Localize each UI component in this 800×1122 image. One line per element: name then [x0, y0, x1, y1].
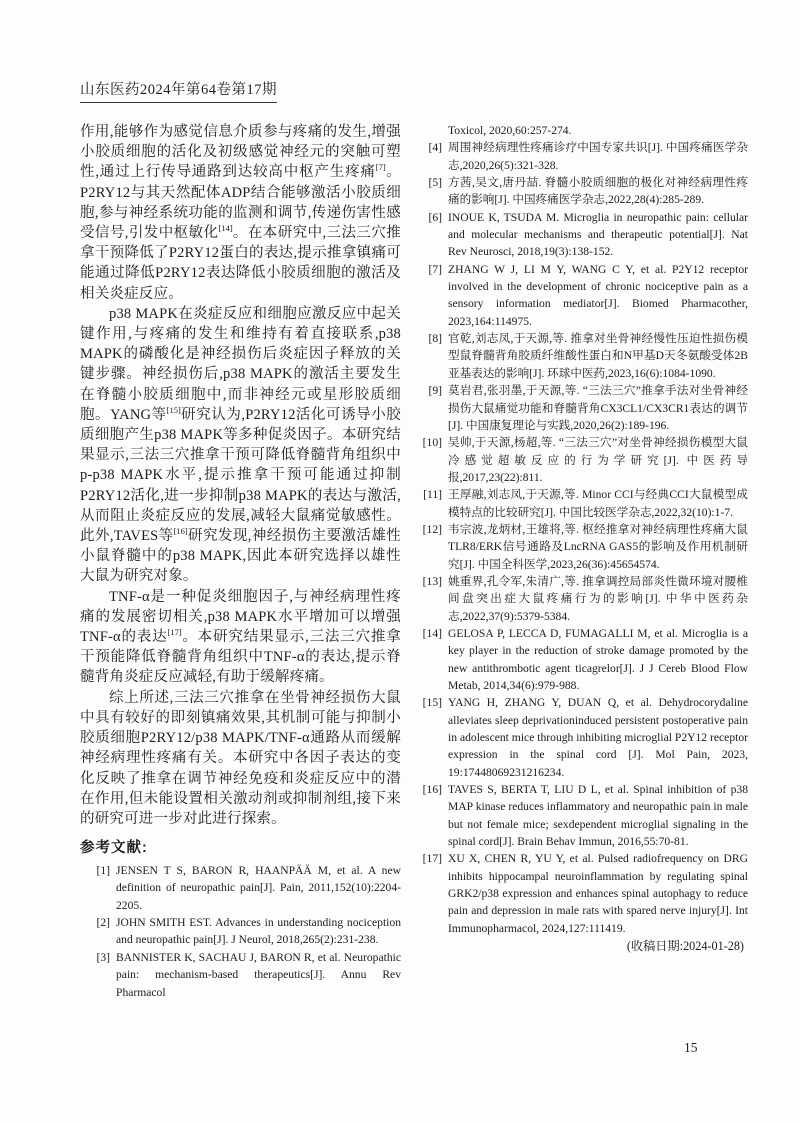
reference-item: [4]周围神经病理性疼痛诊疗中国专家共识[J]. 中国疼痛医学杂志,2020,2… — [419, 139, 748, 174]
citation-superscript: [17] — [168, 627, 182, 637]
body-paragraph: TNF-α是一种促炎细胞因子,与神经病理性疼痛的发展密切相关,p38 MAPK水… — [80, 587, 401, 688]
reference-item: [6]INOUE K, TSUDA M. Microglia in neurop… — [419, 209, 748, 261]
citation-superscript: [15] — [167, 405, 181, 415]
reference-item: [1]JENSEN T S, BARON R, HAANPÄÄ M, et al… — [87, 862, 401, 914]
reference-item: [17]XU X, CHEN R, YU Y, et al. Pulsed ra… — [419, 850, 748, 937]
reference-item: [7]ZHANG W J, LI M Y, WANG C Y, et al. P… — [419, 261, 748, 330]
journal-page: 山东医药2024年第64卷第17期 作用,能够作为感觉信息介质参与疼痛的发生,增… — [0, 0, 800, 1122]
receipt-date: (收稿日期:2024-01-28) — [419, 938, 748, 955]
reference-continuation: Toxicol, 2020,60:257-274. — [419, 122, 748, 139]
two-column-layout: 作用,能够作为感觉信息介质参与疼痛的发生,增强小胶质细胞的活化及初级感觉神经元的… — [80, 122, 748, 1001]
reference-number: [9] — [419, 382, 442, 434]
body-paragraphs: 作用,能够作为感觉信息介质参与疼痛的发生,增强小胶质细胞的活化及初级感觉神经元的… — [80, 122, 401, 829]
reference-number: [3] — [87, 949, 110, 1001]
reference-number: [17] — [419, 850, 442, 937]
reference-text: GELOSA P, LECCA D, FUMAGALLI M, et al. M… — [448, 625, 748, 694]
reference-number: [5] — [419, 174, 442, 209]
reference-number: [4] — [419, 139, 442, 174]
reference-text: 方茜,吴文,唐丹喆. 脊髓小胶质细胞的极化对神经病理性疼痛的影响[J]. 中国疼… — [448, 174, 748, 209]
reference-number: [13] — [419, 573, 442, 625]
reference-item: [2]JOHN SMITH EST. Advances in understan… — [87, 914, 401, 949]
citation-superscript: [7] — [376, 163, 386, 173]
reference-number: [15] — [419, 694, 442, 781]
reference-number: [8] — [419, 330, 442, 382]
page-number: 15 — [684, 1040, 698, 1056]
reference-text: ZHANG W J, LI M Y, WANG C Y, et al. P2Y1… — [448, 261, 748, 330]
reference-text: 吴帅,于天源,杨超,等. “三法三穴”对坐骨神经损伤模型大鼠冷感觉超敏反应的行为… — [448, 434, 748, 486]
reference-item: [8]官乾,刘志凤,于天源,等. 推拿对坐骨神经慢性压迫性损伤模型鼠脊髓背角胶质… — [419, 330, 748, 382]
reference-item: [5]方茜,吴文,唐丹喆. 脊髓小胶质细胞的极化对神经病理性疼痛的影响[J]. … — [419, 174, 748, 209]
body-paragraph: 综上所述,三法三穴推拿在坐骨神经损伤大鼠中具有较好的即刻镇痛效果,其机制可能与抑… — [80, 688, 401, 829]
reference-text: JENSEN T S, BARON R, HAANPÄÄ M, et al. A… — [116, 862, 401, 914]
reference-number: [11] — [419, 486, 442, 521]
citation-superscript: [16] — [174, 526, 188, 536]
reference-text: INOUE K, TSUDA M. Microglia in neuropath… — [448, 209, 748, 261]
reference-item: [16]TAVES S, BERTA T, LIU D L, et al. Sp… — [419, 781, 748, 850]
references-list-left: [1]JENSEN T S, BARON R, HAANPÄÄ M, et al… — [80, 862, 401, 1001]
reference-text: JOHN SMITH EST. Advances in understandin… — [116, 914, 401, 949]
journal-header: 山东医药2024年第64卷第17期 — [80, 78, 277, 103]
body-paragraph: p38 MAPK在炎症反应和细胞应激反应中起关键作用,与疼痛的发生和维持有着直接… — [80, 304, 401, 587]
reference-item: [10]吴帅,于天源,杨超,等. “三法三穴”对坐骨神经损伤模型大鼠冷感觉超敏反… — [419, 434, 748, 486]
reference-text: 姚重界,孔令军,朱清广,等. 推拿调控局部炎性微环境对腰椎间盘突出症大鼠疼痛行为… — [448, 573, 748, 625]
reference-number: [16] — [419, 781, 442, 850]
reference-item: [9]莫岩君,张羽墨,于天源,等. “三法三穴”推拿手法对坐骨神经损伤大鼠痛觉功… — [419, 382, 748, 434]
reference-number: [2] — [87, 914, 110, 949]
reference-item: [14]GELOSA P, LECCA D, FUMAGALLI M, et a… — [419, 625, 748, 694]
reference-text: YANG H, ZHANG Y, DUAN Q, et al. Dehydroc… — [448, 694, 748, 781]
reference-item: [15]YANG H, ZHANG Y, DUAN Q, et al. Dehy… — [419, 694, 748, 781]
reference-number: [14] — [419, 625, 442, 694]
citation-superscript: [14] — [218, 223, 232, 233]
reference-number: [12] — [419, 521, 442, 573]
reference-number: [7] — [419, 261, 442, 330]
reference-number: [1] — [87, 862, 110, 914]
reference-text: XU X, CHEN R, YU Y, et al. Pulsed radiof… — [448, 850, 748, 937]
reference-number: [6] — [419, 209, 442, 261]
reference-text: 莫岩君,张羽墨,于天源,等. “三法三穴”推拿手法对坐骨神经损伤大鼠痛觉功能和脊… — [448, 382, 748, 434]
references-list-right: [4]周围神经病理性疼痛诊疗中国专家共识[J]. 中国疼痛医学杂志,2020,2… — [419, 139, 748, 937]
reference-item: [11]王厚融,刘志凤,于天源,等. Minor CCI与经典CCI大鼠模型成模… — [419, 486, 748, 521]
reference-item: [13]姚重界,孔令军,朱清广,等. 推拿调控局部炎性微环境对腰椎间盘突出症大鼠… — [419, 573, 748, 625]
reference-item: [12]韦宗波,龙炳材,王雄将,等. 枢经推拿对神经病理性疼痛大鼠TLR8/ER… — [419, 521, 748, 573]
body-paragraph: 作用,能够作为感觉信息介质参与疼痛的发生,增强小胶质细胞的活化及初级感觉神经元的… — [80, 122, 401, 304]
reference-text: 官乾,刘志凤,于天源,等. 推拿对坐骨神经慢性压迫性损伤模型鼠脊髓背角胶质纤维酸… — [448, 330, 748, 382]
reference-number: [10] — [419, 434, 442, 486]
reference-item: [3]BANNISTER K, SACHAU J, BARON R, et al… — [87, 949, 401, 1001]
reference-text: TAVES S, BERTA T, LIU D L, et al. Spinal… — [448, 781, 748, 850]
left-column: 作用,能够作为感觉信息介质参与疼痛的发生,增强小胶质细胞的活化及初级感觉神经元的… — [80, 122, 401, 1001]
reference-text: BANNISTER K, SACHAU J, BARON R, et al. N… — [116, 949, 401, 1001]
reference-text: 韦宗波,龙炳材,王雄将,等. 枢经推拿对神经病理性疼痛大鼠TLR8/ERK信号通… — [448, 521, 748, 573]
references-heading: 参考文献: — [80, 836, 401, 857]
reference-text: 周围神经病理性疼痛诊疗中国专家共识[J]. 中国疼痛医学杂志,2020,26(5… — [448, 139, 748, 174]
right-column: Toxicol, 2020,60:257-274. [4]周围神经病理性疼痛诊疗… — [419, 122, 748, 1001]
reference-text: 王厚融,刘志凤,于天源,等. Minor CCI与经典CCI大鼠模型成模特点的比… — [448, 486, 748, 521]
